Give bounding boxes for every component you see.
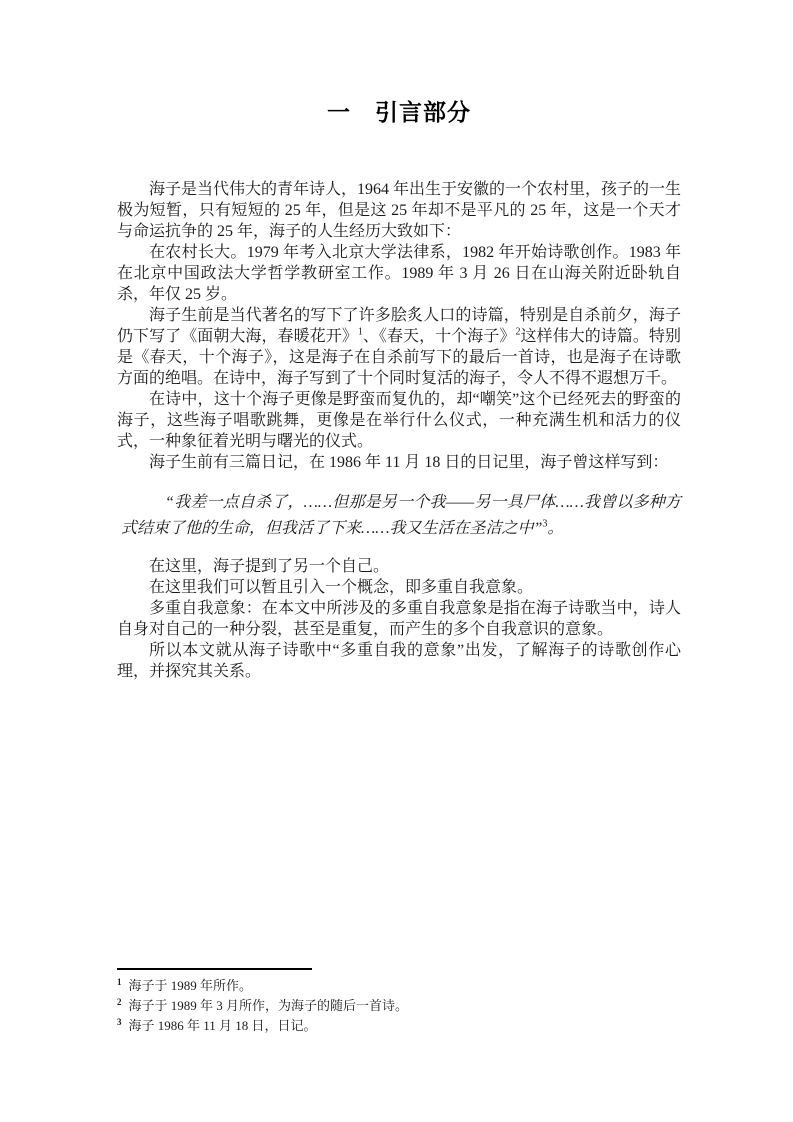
paragraph-diary-lead: 海子生前有三篇日记，在 1986 年 11 月 18 日的日记里，海子曾这样写到… xyxy=(117,452,681,473)
footnote: 3海子 1986 年 11 月 18 日，日记。 xyxy=(117,1016,681,1036)
footnote: 2海子于 1989 年 3 月所作，为海子的随后一首诗。 xyxy=(117,996,681,1016)
paragraph-concept-intro: 在这里我们可以暂且引入一个概念，即多重自我意象。 xyxy=(117,577,681,598)
footnote-number: 1 xyxy=(117,977,122,987)
section-heading: 一 引言部分 xyxy=(117,97,681,127)
paragraph-ten-haizi: 在诗中，这十个海子更像是野蛮而复仇的，却“嘲笑”这个已经死去的野蛮的海子，这些海… xyxy=(117,389,681,452)
footnote-number: 2 xyxy=(117,997,122,1007)
quote-period: 。 xyxy=(547,520,563,537)
paragraph-intro: 海子是当代伟大的青年诗人，1964 年出生于安徽的一个农村里，孩子的一生极为短暂… xyxy=(117,179,681,242)
paragraph-biography: 在农村长大。1979 年考入北京大学法律系，1982 年开始诗歌创作。1983 … xyxy=(117,242,681,305)
paragraph-text: 、《春天，十个海子》 xyxy=(363,328,516,345)
document-content: 一 引言部分 海子是当代伟大的青年诗人，1964 年出生于安徽的一个农村里，孩子… xyxy=(0,0,793,682)
paragraph-poems: 海子生前是当代著名的写下了许多脍炙人口的诗篇，特别是自杀前夕，海子仍下写了《面朝… xyxy=(117,305,681,389)
document-page: 一 引言部分 海子是当代伟大的青年诗人，1964 年出生于安徽的一个农村里，孩子… xyxy=(0,0,793,1122)
paragraph-another-self: 在这里，海子提到了另一个自己。 xyxy=(117,556,681,577)
footnote-number: 3 xyxy=(117,1017,122,1027)
footnote-text: 海子 1986 年 11 月 18 日，日记。 xyxy=(129,1018,317,1033)
footnote-text: 海子于 1989 年 3 月所作，为海子的随后一首诗。 xyxy=(129,998,409,1013)
paragraph-thesis-statement: 所以本文就从海子诗歌中“多重自我的意象”出发，了解海子的诗歌创作心理，并探究其关… xyxy=(117,640,681,682)
quote-text: “我差一点自杀了，……但那是另一个我——另一具尸体……我曾以多种方式结束了他的生… xyxy=(121,494,681,537)
paragraph-concept-definition: 多重自我意象：在本文中所涉及的多重自我意象是指在海子诗歌当中，诗人自身对自己的一… xyxy=(117,598,681,640)
footnote-separator xyxy=(117,968,312,970)
block-quote: “我差一点自杀了，……但那是另一个我——另一具尸体……我曾以多种方式结束了他的生… xyxy=(121,490,681,542)
footnote: 1海子于 1989 年所作。 xyxy=(117,976,681,996)
footnotes-section: 1海子于 1989 年所作。 2海子于 1989 年 3 月所作，为海子的随后一… xyxy=(117,968,681,1036)
footnote-text: 海子于 1989 年所作。 xyxy=(129,978,253,993)
